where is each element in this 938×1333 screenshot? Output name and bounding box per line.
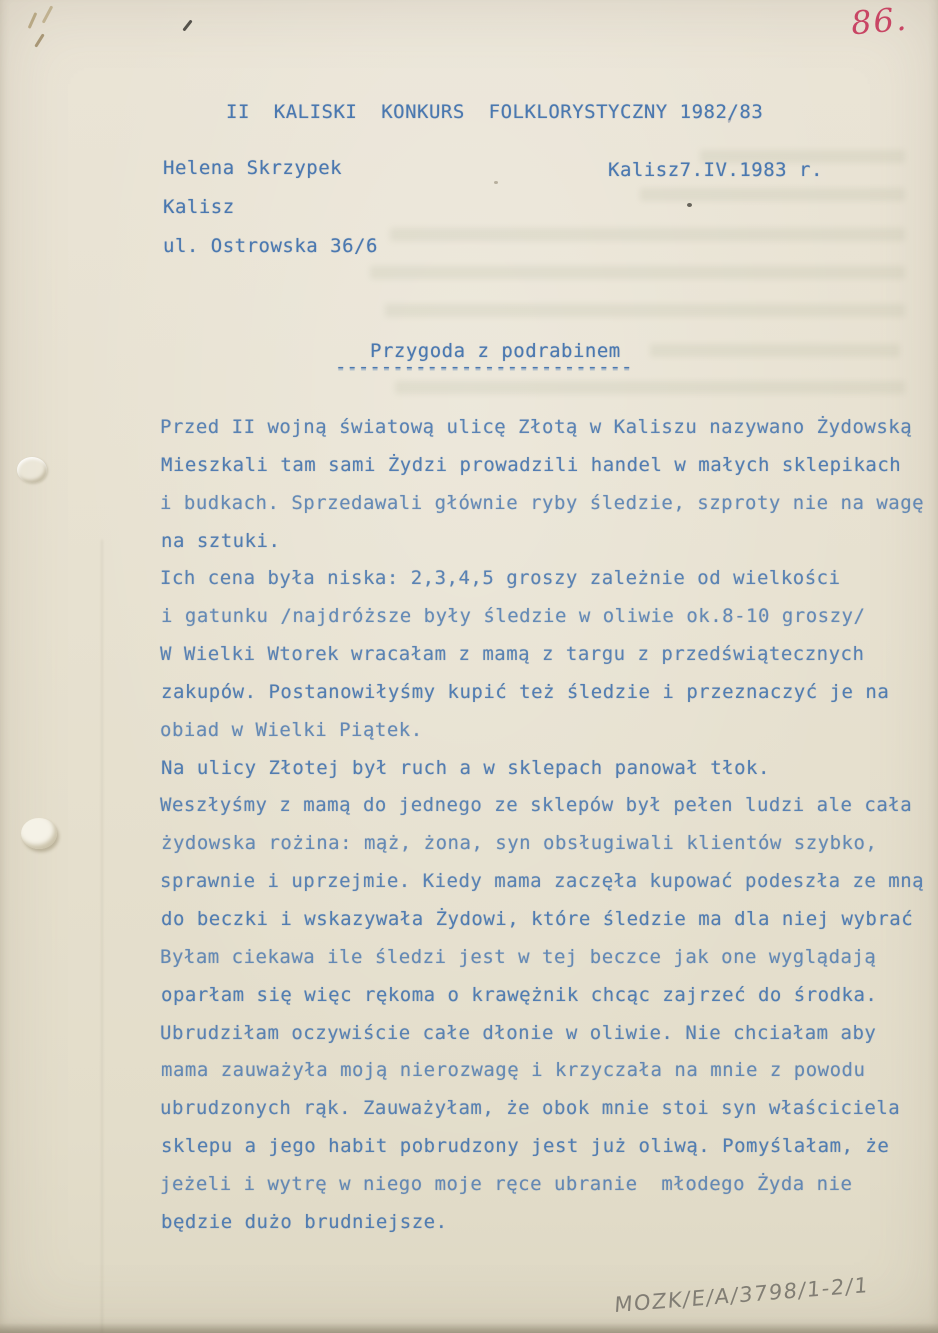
typed-line: do beczki i wskazywała Żydowi, które śle…	[161, 901, 931, 939]
typed-line: Na ulicy Złotej był ruch a w sklepach pa…	[161, 750, 931, 788]
typed-line: sklepu a jego habit pobrudzony jest już …	[161, 1128, 931, 1166]
author-address: ul. Ostrowska 36/6	[163, 235, 378, 257]
bleed-through-text	[390, 228, 905, 241]
paper-speck	[494, 181, 498, 184]
story-heading-underline: --------------------------	[335, 356, 632, 378]
typed-line: Byłam ciekawa ile śledzi jest w tej becz…	[160, 939, 930, 977]
typed-line: i budkach. Sprzedawali głównie ryby śled…	[160, 485, 930, 523]
typed-line: zakupów. Postanowiłyśmy kupić też śledzi…	[161, 674, 931, 712]
typed-line: jeżeli i wytrę w niego moje ręce ubranie…	[160, 1166, 930, 1204]
pencil-scribble	[42, 5, 54, 23]
bleed-through-text	[395, 381, 905, 394]
typed-line: obiad w Wielki Piątek.	[160, 712, 930, 750]
author-name: Helena Skrzypek	[163, 157, 342, 179]
document-title: II KALISKI KONKURS FOLKLORYSTYCZNY 1982/…	[226, 101, 763, 123]
bleed-through-text	[385, 304, 905, 317]
ink-speck-stroke	[182, 19, 192, 31]
bleed-through-text	[640, 188, 905, 201]
bleed-through-text	[370, 266, 905, 279]
typed-line: Mieszkali tam sami Żydzi prowadzili hand…	[161, 447, 931, 485]
story-body: Przed II wojną światową ulicę Złotą w Ka…	[160, 409, 930, 1242]
typed-line: będzie dużo brudniejsze.	[161, 1204, 931, 1242]
bleed-through-text	[650, 344, 900, 357]
pencil-scribble	[28, 12, 38, 29]
page-number-handwritten: 86.	[849, 0, 909, 42]
typed-line: Ich cena była niska: 2,3,4,5 groszy zale…	[160, 560, 930, 598]
typed-line: Weszłyśmy z mamą do jednego ze sklepów b…	[160, 787, 930, 825]
catalog-number-handwritten: MOZK/E/A/3798/1-2/1	[614, 1273, 870, 1317]
typed-line: Ubrudziłam oczywiście całe dłonie w oliw…	[160, 1015, 930, 1053]
paper-crease	[101, 540, 103, 1333]
typed-line: i gatunku /najdróższe były śledzie w oli…	[161, 598, 931, 636]
page-bottom-shadow	[0, 1323, 938, 1333]
hole-punch	[21, 818, 57, 849]
typed-line: sprawnie i uprzejmie. Kiedy mama zaczęła…	[160, 863, 930, 901]
date-line: Kalisz7.IV.1983 r.	[608, 159, 823, 181]
typed-line: mama zauważyła moją nierozwagę i krzycza…	[161, 1052, 931, 1090]
scanned-document-page: 86. II KALISKI KONKURS FOLKLORYSTYCZNY 1…	[0, 0, 938, 1333]
pencil-scribble	[34, 33, 44, 47]
typed-line: oparłam się więc rękoma o krawężnik chcą…	[161, 977, 931, 1015]
typed-line: na sztuki.	[161, 523, 931, 561]
hole-punch	[17, 457, 47, 483]
paper-speck	[687, 203, 692, 207]
typed-line: Przed II wojną światową ulicę Złotą w Ka…	[160, 409, 930, 447]
author-city: Kalisz	[163, 196, 235, 218]
typed-line: ubrudzonych rąk. Zauważyłam, że obok mni…	[160, 1090, 930, 1128]
typed-line: żydowska rożina: mąż, żona, syn obsługiw…	[161, 825, 931, 863]
typed-line: W Wielki Wtorek wracałam z mamą z targu …	[160, 636, 930, 674]
